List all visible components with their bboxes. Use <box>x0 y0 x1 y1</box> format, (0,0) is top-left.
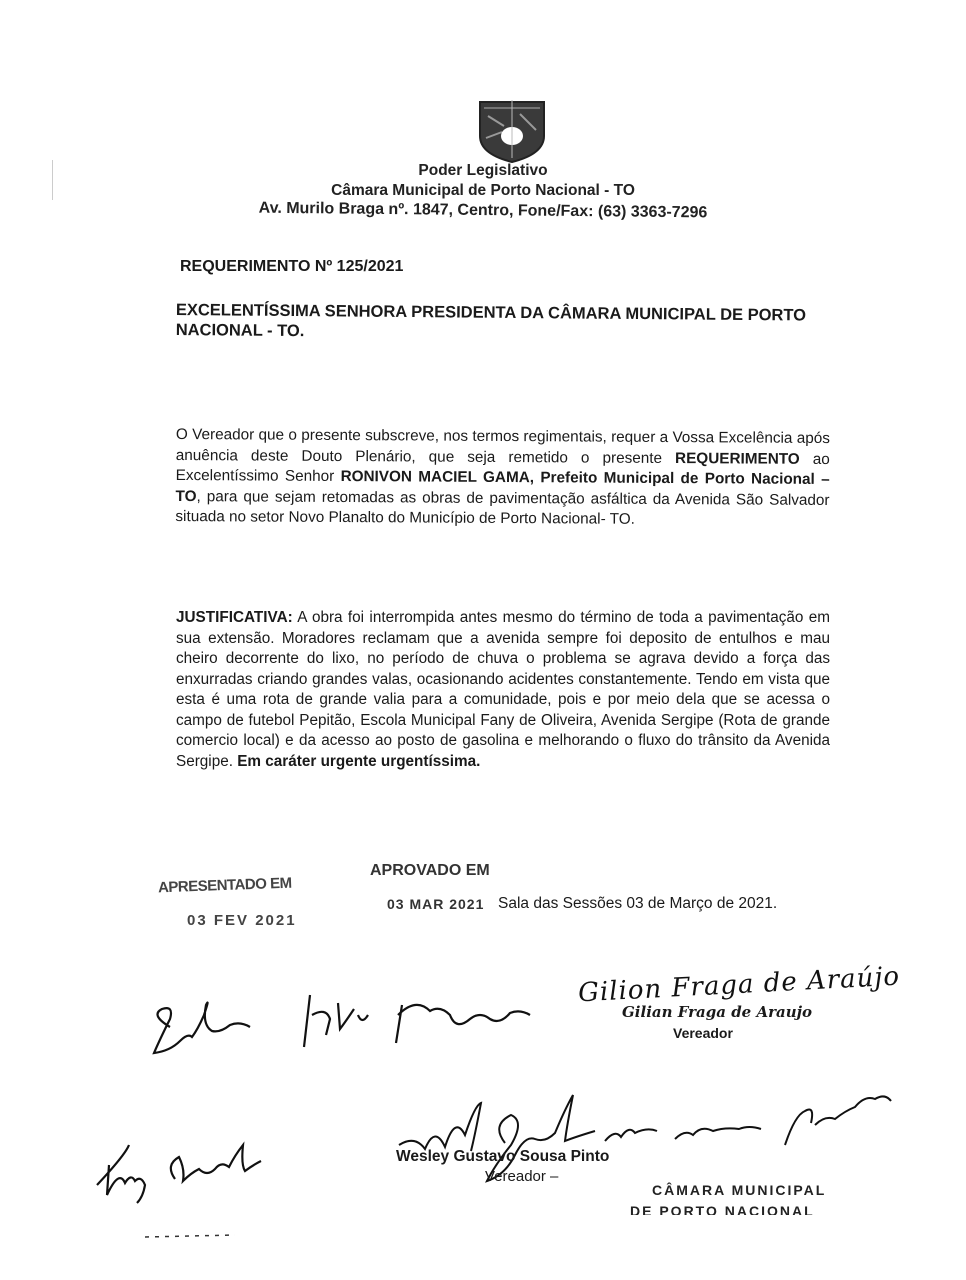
document-number: REQUERIMENTO Nº 125/2021 <box>180 258 403 276</box>
signatory-name-wesley: Wesley Gustavo Sousa Pinto <box>396 1148 609 1166</box>
header-line-2: Câmara Municipal de Porto Nacional - TO <box>0 182 966 200</box>
session-date: Sala das Sessões 03 de Março de 2021. <box>498 895 777 913</box>
coat-of-arms-icon <box>474 96 550 164</box>
signature-gilian-handwritten: Gilion Fraga de Araújo <box>577 962 900 1009</box>
presented-stamp: APRESENTADO EM <box>158 875 292 897</box>
signature-bottom-left <box>95 1125 275 1225</box>
header-line-1: Poder Legislativo <box>0 162 966 180</box>
signatory-role-wesley: Vereador – <box>485 1168 558 1185</box>
camara-stamp-line-1: CÂMARA MUNICIPAL <box>652 1182 826 1198</box>
presented-date-stamp: 03 FEV 2021 <box>187 912 297 929</box>
body-bold: REQUERIMENTO <box>675 450 800 468</box>
signatory-name-gilian: Gilian Fraga de Araujo <box>622 1003 812 1021</box>
body-text: , para que sejam retomadas as obras de p… <box>175 488 829 528</box>
camara-stamp-line-2: DE PORTO NACIONAL <box>630 1203 815 1215</box>
signature-scribble <box>140 975 560 1065</box>
justification-label: JUSTIFICATIVA: <box>176 609 293 626</box>
request-body: O Vereador que o presente subscreve, nos… <box>175 425 830 531</box>
signatory-role-gilian: Vereador <box>673 1025 733 1041</box>
addressee: EXCELENTÍSSIMA SENHORA PRESIDENTA DA CÂM… <box>176 300 836 346</box>
approved-date-stamp: 03 MAR 2021 <box>387 896 484 912</box>
justification: JUSTIFICATIVA: A obra foi interrompida a… <box>176 608 830 772</box>
signature-wesley <box>395 1085 895 1195</box>
header-address: Av. Murilo Braga nº. 1847, Centro, Fone/… <box>0 197 966 225</box>
urgency-note: Em caráter urgente urgentíssima. <box>237 753 480 770</box>
justification-text: A obra foi interrompida antes mesmo do t… <box>176 609 830 770</box>
approved-stamp: APROVADO EM <box>370 862 490 880</box>
